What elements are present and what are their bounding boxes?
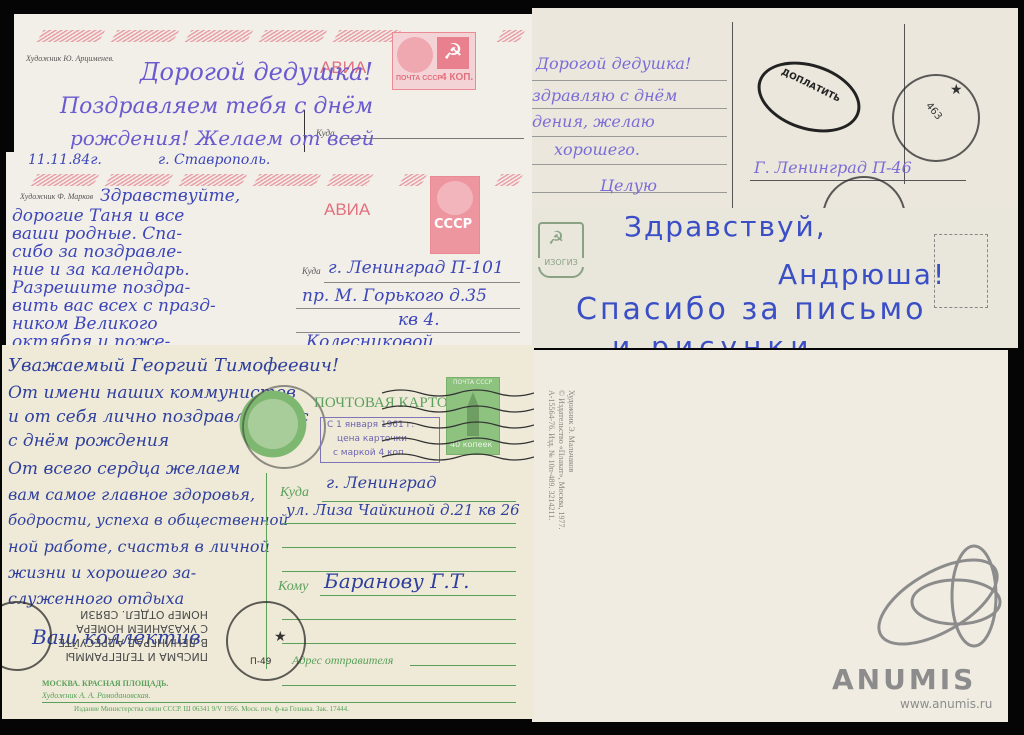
watermark-brand: ANUMIS	[832, 663, 976, 696]
message-line: Андрюша!	[778, 258, 946, 291]
airmail-stripe	[259, 30, 328, 42]
address-line	[282, 643, 516, 644]
postmark-text: ДОПЛАТИТЬ	[780, 67, 842, 104]
postcard-airmail-stavropol: 11.11.84г. г. Ставрополь. Художник Ф. Ма…	[6, 152, 532, 348]
divider	[732, 22, 733, 212]
address-line-text: кв 4.	[398, 310, 440, 330]
imprint-line: А-15564-76. Изд. № 10п-489. 3214211.	[547, 390, 556, 520]
message-line: Спасибо за письмо	[576, 292, 926, 327]
address-line	[282, 685, 516, 686]
publisher-name: ИЗОГИЗ	[538, 258, 584, 267]
imprint-line: © Издательство «Плакат», Москва, 1977.	[557, 390, 566, 529]
soviet-emblem-icon	[397, 37, 433, 73]
recipient-line	[320, 595, 516, 596]
greeting-line: бодрости, успеха в общественной	[8, 511, 288, 529]
postcard-ladushkin: Дорогой дедушка! здравляю с днём дения, …	[532, 8, 1018, 213]
to-address-line: г. Ленинград	[326, 473, 436, 492]
ruled-line	[532, 164, 727, 165]
message-line: здравляю с днём	[532, 86, 677, 105]
stamp-value: 4 КОП.	[441, 72, 473, 83]
stamp-text: ПОЧТА СССР	[396, 75, 442, 82]
airmail-stripe	[495, 174, 524, 186]
publisher-imprint: Издание Министерства связи СССР. Ш 06341…	[74, 705, 349, 713]
sender-line	[410, 665, 516, 666]
ruled-line	[532, 80, 727, 81]
imprint-rule	[42, 702, 516, 703]
signature-line: Целую	[600, 176, 657, 195]
airmail-stripe	[185, 30, 254, 42]
slogan-line: ПИСЬМА И ТЕЛЕГРАММЫ	[66, 650, 208, 663]
postmark-code: П-49	[250, 657, 271, 667]
airmail-stripe	[497, 30, 526, 42]
address-line	[282, 523, 516, 524]
message-line: Дорогой дедушка!	[536, 54, 691, 73]
airmail-stripe	[31, 174, 100, 186]
message-line: Здравствуйте,	[100, 186, 240, 206]
airmail-stripe	[111, 30, 180, 42]
airmail-stripe	[327, 174, 374, 186]
ruled-line	[532, 108, 727, 109]
izogiz-logo: ☭ ИЗОГИЗ	[538, 222, 584, 278]
ruled-line	[532, 136, 727, 137]
address-line-text: г. Ленинград П-101	[328, 258, 504, 278]
airmail-stripe	[399, 174, 428, 186]
sender-label: Адрес отправителя	[292, 653, 393, 668]
wavy-cancellation	[382, 385, 534, 475]
slogan-line: В ЛЕНИНГРАД АДРЕСУЙТЕ	[58, 636, 208, 649]
artist-credit: Художник Ю. Арцименев.	[26, 54, 114, 63]
address-line-text: пр. М. Горького д.35	[302, 286, 487, 306]
message-line: сибо за поздравле-	[12, 242, 182, 262]
message-line: дорогие Таня и все	[12, 206, 184, 226]
message-line: Разрешите поздра-	[12, 278, 190, 298]
city-line: г. Ставрополь.	[158, 152, 270, 168]
message-line: Здравствуй,	[624, 210, 827, 243]
message-line: вить вас всех с празд-	[12, 296, 216, 316]
greeting-line: Уважаемый Георгий Тимофеевич!	[8, 355, 339, 376]
greeting-line: ной работе, счастья в личной	[8, 537, 270, 556]
to-address-line: ул. Лиза Чайкиной д.21 кв 26	[286, 501, 520, 519]
greeting-line: От всего сердца желаем	[8, 459, 240, 479]
stamp-text: СССР	[434, 217, 472, 232]
publisher-imprint: Художник Э. Мальчаков © Издательство «Пл…	[542, 390, 578, 590]
greeting-line: вам самое главное здоровья,	[8, 485, 255, 504]
address-line	[282, 547, 516, 548]
address-line	[296, 308, 520, 309]
postage-stamp: ☭ ПОЧТА СССР 4 КОП.	[392, 32, 476, 90]
imprint-line: Художник Э. Мальчаков	[567, 390, 576, 472]
message-line: ником Великого	[12, 314, 158, 334]
message-line: хорошего.	[554, 140, 640, 159]
postage-stamp: СССР	[430, 176, 480, 254]
address-line	[282, 619, 516, 620]
postmark-oval: ДОПЛАТИТЬ	[748, 49, 869, 145]
hammer-sickle-icon: ☭	[437, 37, 469, 69]
slogan-line: С УКАЗАНИЕМ НОМЕРА	[76, 622, 208, 635]
postcard-airmail-1968: Художник Ю. Арцименев. АВИА ☭ ПОЧТА СССР…	[14, 14, 534, 164]
airmail-label: АВИА	[324, 200, 370, 220]
date-line: 11.11.84г.	[28, 152, 102, 168]
star-icon: ★	[950, 82, 963, 98]
airmail-stripe	[37, 30, 106, 42]
soviet-emblem-icon	[437, 181, 473, 215]
message-line: ваши родные. Спа-	[12, 224, 182, 244]
airmail-stripe	[253, 174, 322, 186]
postmark-round: П-49 ★	[226, 601, 306, 681]
artist-credit: Художник Ф. Марков	[20, 192, 93, 201]
address-line: Г. Ленинград П-46	[754, 158, 912, 177]
greeting-line: жизни и хорошего за-	[8, 563, 196, 582]
recipient-name: Баранову Г.Т.	[324, 569, 469, 593]
greeting-line: рождения! Желаем от всей	[70, 126, 374, 150]
watermark-url[interactable]: www.anumis.ru	[900, 697, 992, 711]
address-line	[324, 282, 520, 283]
message-line: и рисунки	[612, 330, 814, 348]
greeting-line: Дорогой дедушка!	[140, 58, 373, 86]
postcard-izogiz: ☭ ИЗОГИЗ Здравствуй, Андрюша! Спасибо за…	[532, 208, 1018, 348]
star-icon: ★	[274, 629, 287, 645]
greeting-line: с днём рождения	[8, 431, 169, 451]
postmark-round: 463 ★	[892, 74, 980, 162]
postmark-number: 463	[923, 101, 944, 123]
artist-credit: Художник А. А. Ромодановская.	[42, 691, 151, 700]
hammer-sickle-icon: ☭	[548, 228, 564, 249]
address-label: Куда	[302, 266, 321, 276]
greeting-line: Поздравляем тебя с днём	[60, 94, 373, 119]
airmail-stripe	[179, 174, 248, 186]
postcard-postal-card-1956: Уважаемый Георгий Тимофеевич! От имени н…	[2, 345, 534, 719]
image-caption: МОСКВА. КРАСНАЯ ПЛОЩАДЬ.	[42, 679, 168, 688]
airmail-stripe	[105, 174, 174, 186]
recipient-label: Кому	[278, 579, 308, 595]
anumis-logo-icon	[864, 544, 1014, 656]
message-line: ние и за календарь.	[12, 260, 190, 280]
slogan-line: НОМЕР ОТДЕЛ. СВЯЗИ	[80, 608, 208, 621]
message-line: дения, желаю	[532, 112, 655, 131]
cancellation-slogan: ПИСЬМА И ТЕЛЕГРАММЫ В ЛЕНИНГРАД АДРЕСУЙТ…	[38, 607, 208, 663]
to-label: Куда	[280, 485, 309, 501]
